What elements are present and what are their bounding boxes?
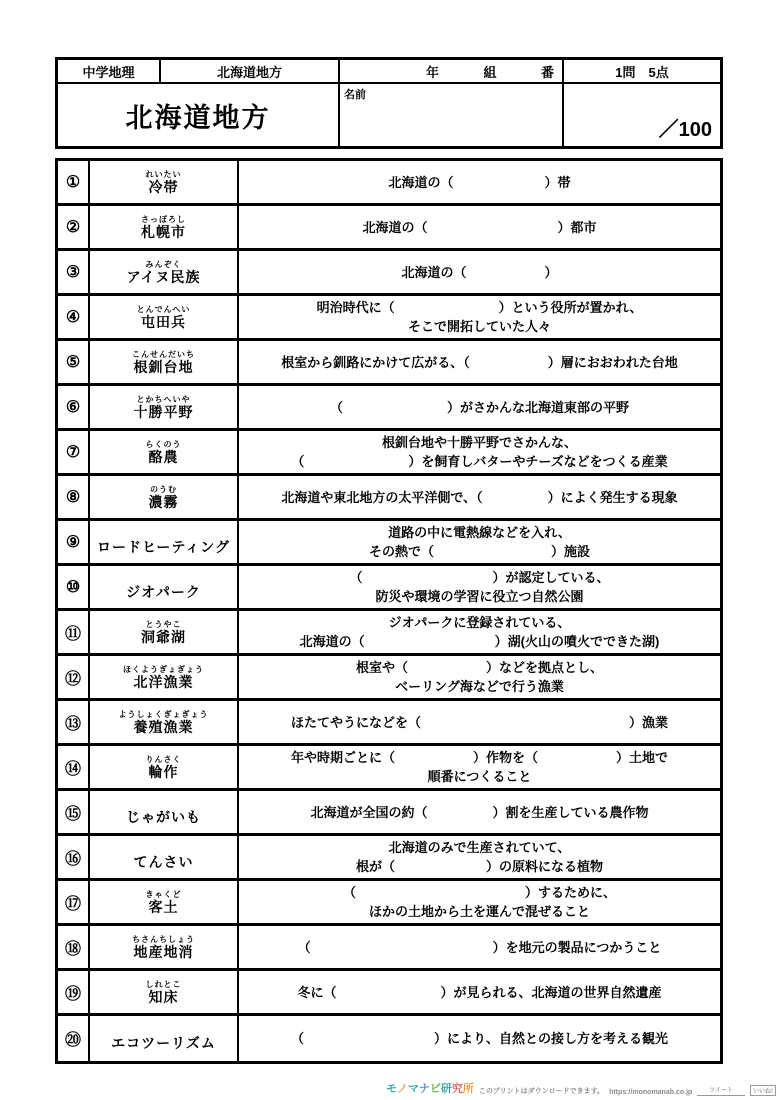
name-label: 名前 — [344, 86, 366, 102]
definition-text: （ ）を地元の製品につかうこと — [239, 926, 720, 968]
table-row: ③ みんぞく アイヌ民族 北海道の（ ） — [58, 251, 720, 296]
term-cell: ようしょくぎょぎょう 養殖漁業 — [90, 701, 239, 743]
points-cell: 1問 5点 — [564, 60, 720, 82]
definition-text: 根室や（ ）などを拠点とし、 ベーリング海などで行う漁業 — [239, 656, 720, 698]
term-cell: ジオパーク — [90, 566, 239, 608]
page-title: 北海道地方 — [126, 96, 271, 135]
definition-text: 道路の中に電熱線などを入れ、 その熱で（ ）施設 — [239, 521, 720, 563]
term-text: アイヌ民族 — [127, 269, 201, 285]
table-row: ⑥ とかちへいや 十勝平野 （ ）がさかんな北海道東部の平野 — [58, 386, 720, 431]
definition-text: （ ）するために、 ほかの土地から土を運んで混ぜること — [239, 881, 720, 923]
term-cell: とうやこ 洞爺湖 — [90, 611, 239, 653]
footer: モノマナビ研究所 このプリントはダウンロードできます。 https://mono… — [386, 1080, 766, 1096]
term-cell: ちさんちしょう 地産地消 — [90, 926, 239, 968]
term-furigana: らくのう — [146, 440, 182, 449]
header-top-row: 中学地理 北海道地方 年 組 番 1問 5点 — [58, 60, 720, 84]
term-text: ロードヒーティング — [97, 539, 230, 555]
header-table: 中学地理 北海道地方 年 組 番 1問 5点 北海道地方 名前 ／100 — [55, 57, 723, 149]
term-furigana: れいたい — [146, 170, 182, 179]
term-text: 北洋漁業 — [134, 674, 194, 690]
term-cell: しれとこ 知床 — [90, 971, 239, 1013]
term-cell: こんせんだいち 根釧台地 — [90, 341, 239, 383]
row-number: ⑯ — [58, 836, 90, 878]
term-text: ジオパーク — [126, 584, 201, 600]
row-number: ⑳ — [58, 1016, 90, 1061]
term-cell: じゃがいも — [90, 791, 239, 833]
row-number: ⑱ — [58, 926, 90, 968]
tweet-button[interactable]: ツイート — [697, 1085, 745, 1096]
term-furigana: さっぽろし — [141, 215, 186, 224]
definition-text: （ ）により、自然との接し方を考える観光 — [239, 1016, 720, 1061]
table-row: ⑰ きゃくど 客土 （ ）するために、 ほかの土地から土を運んで混ぜること — [58, 881, 720, 926]
term-furigana: みんぞく — [146, 260, 182, 269]
definition-text: 北海道の（ ） — [239, 251, 720, 293]
row-number: ① — [58, 161, 90, 203]
term-cell: ロードヒーティング — [90, 521, 239, 563]
row-number: ⑥ — [58, 386, 90, 428]
row-number: ⑭ — [58, 746, 90, 788]
year-label: 年 — [426, 62, 439, 81]
term-text: 養殖漁業 — [134, 719, 194, 735]
table-row: ⑧ のうむ 濃霧 北海道や東北地方の太平洋側で、（ ）によく発生する現象 — [58, 476, 720, 521]
definition-text: 北海道のみで生産されていて、 根が（ ）の原料になる植物 — [239, 836, 720, 878]
row-number: ⑤ — [58, 341, 90, 383]
table-row: ② さっぽろし 札幌市 北海道の（ ）都市 — [58, 206, 720, 251]
term-cell: エコツーリズム — [90, 1016, 239, 1061]
footer-url[interactable]: https://monomanab.co.jp — [609, 1089, 692, 1096]
term-cell: てんさい — [90, 836, 239, 878]
table-row: ④ とんでんへい 屯田兵 明治時代に（ ）という役所が置かれ、 そこで開拓してい… — [58, 296, 720, 341]
row-number: ③ — [58, 251, 90, 293]
term-text: 客土 — [149, 899, 179, 915]
row-number: ② — [58, 206, 90, 248]
term-cell: とかちへいや 十勝平野 — [90, 386, 239, 428]
term-cell: ほくようぎょぎょう 北洋漁業 — [90, 656, 239, 698]
definition-text: 明治時代に（ ）という役所が置かれ、 そこで開拓していた人々 — [239, 296, 720, 338]
table-row: ⑨ ロードヒーティング 道路の中に電熱線などを入れ、 その熱で（ ）施設 — [58, 521, 720, 566]
definition-text: 北海道の（ ）帯 — [239, 161, 720, 203]
number-label: 番 — [541, 62, 554, 81]
table-row: ⑩ ジオパーク （ ）が認定している、 防災や環境の学習に役立つ自然公園 — [58, 566, 720, 611]
header-bottom-row: 北海道地方 名前 ／100 — [58, 84, 720, 146]
term-cell: のうむ 濃霧 — [90, 476, 239, 518]
table-row: ⑮ じゃがいも 北海道が全国の約（ ）割を生産している農作物 — [58, 791, 720, 836]
row-number: ⑲ — [58, 971, 90, 1013]
worksheet-page: 中学地理 北海道地方 年 組 番 1問 5点 北海道地方 名前 ／100 ① れ… — [0, 0, 778, 1100]
term-text: 輪作 — [149, 764, 179, 780]
publisher-logo: モノマナビ研究所 — [386, 1080, 474, 1096]
term-furigana: きゃくど — [146, 890, 182, 899]
term-text: 根釧台地 — [134, 359, 194, 375]
term-furigana: りんさく — [146, 755, 182, 764]
subject-label: 中学地理 — [82, 62, 134, 81]
definition-text: 根釧台地や十勝平野でさかんな、 （ ）を飼育しバターやチーズなどをつくる産業 — [239, 431, 720, 473]
term-furigana: ちさんちしょう — [132, 935, 195, 944]
class-label: 組 — [483, 62, 496, 81]
term-furigana: ようしょくぎょぎょう — [119, 710, 209, 719]
term-text: 屯田兵 — [141, 314, 186, 330]
definition-text: 年や時期ごとに（ ）作物を（ ）土地で 順番につくること — [239, 746, 720, 788]
term-cell: りんさく 輪作 — [90, 746, 239, 788]
term-text: 酪農 — [149, 449, 179, 465]
term-text: エコツーリズム — [111, 1035, 216, 1051]
question-table: ① れいたい 冷帯 北海道の（ ）帯 ② さっぽろし 札幌市 北海道の（ ）都市… — [55, 158, 723, 1064]
definition-text: （ ）が認定している、 防災や環境の学習に役立つ自然公園 — [239, 566, 720, 608]
term-cell: きゃくど 客土 — [90, 881, 239, 923]
table-row: ⑳ エコツーリズム （ ）により、自然との接し方を考える観光 — [58, 1016, 720, 1061]
term-text: 洞爺湖 — [141, 629, 186, 645]
like-button[interactable]: いいね! — [750, 1085, 776, 1096]
term-furigana: こんせんだいち — [132, 350, 195, 359]
footer-note: このプリントはダウンロードできます。 — [479, 1086, 604, 1096]
row-number: ⑬ — [58, 701, 90, 743]
table-row: ⑫ ほくようぎょぎょう 北洋漁業 根室や（ ）などを拠点とし、 ベーリング海など… — [58, 656, 720, 701]
table-row: ⑱ ちさんちしょう 地産地消 （ ）を地元の製品につかうこと — [58, 926, 720, 971]
score-cell: ／100 — [564, 84, 720, 146]
term-text: 冷帯 — [149, 179, 179, 195]
table-row: ⑪ とうやこ 洞爺湖 ジオパークに登録されている、 北海道の（ ）湖(火山の噴火… — [58, 611, 720, 656]
term-cell: さっぽろし 札幌市 — [90, 206, 239, 248]
term-cell: らくのう 酪農 — [90, 431, 239, 473]
score-denominator: ／100 — [659, 113, 712, 142]
table-row: ⑦ らくのう 酪農 根釧台地や十勝平野でさかんな、 （ ）を飼育しバターやチーズ… — [58, 431, 720, 476]
table-row: ⑤ こんせんだいち 根釧台地 根室から釧路にかけて広がる、（ ）層におおわれた台… — [58, 341, 720, 386]
table-row: ⑬ ようしょくぎょぎょう 養殖漁業 ほたてやうになどを（ ）漁業 — [58, 701, 720, 746]
row-number: ⑫ — [58, 656, 90, 698]
points-label: 1問 5点 — [615, 62, 668, 81]
unit-cell: 北海道地方 — [161, 60, 340, 82]
term-text: 知床 — [149, 989, 179, 1005]
row-number: ⑦ — [58, 431, 90, 473]
definition-text: （ ）がさかんな北海道東部の平野 — [239, 386, 720, 428]
term-cell: れいたい 冷帯 — [90, 161, 239, 203]
table-row: ⑲ しれとこ 知床 冬に（ ）が見られる、北海道の世界自然遺産 — [58, 971, 720, 1016]
definition-text: ほたてやうになどを（ ）漁業 — [239, 701, 720, 743]
term-cell: とんでんへい 屯田兵 — [90, 296, 239, 338]
definition-text: 北海道の（ ）都市 — [239, 206, 720, 248]
subject-cell: 中学地理 — [58, 60, 161, 82]
term-text: 濃霧 — [149, 494, 179, 510]
row-number: ⑧ — [58, 476, 90, 518]
definition-text: ジオパークに登録されている、 北海道の（ ）湖(火山の噴火でできた湖) — [239, 611, 720, 653]
row-number: ⑮ — [58, 791, 90, 833]
term-text: 札幌市 — [141, 224, 186, 240]
row-number: ⑩ — [58, 566, 90, 608]
term-furigana: のうむ — [150, 485, 177, 494]
term-furigana: とうやこ — [146, 620, 182, 629]
term-text: じゃがいも — [126, 809, 201, 825]
term-text: 十勝平野 — [134, 404, 194, 420]
term-furigana: とんでんへい — [137, 305, 191, 314]
definition-text: 北海道や東北地方の太平洋側で、（ ）によく発生する現象 — [239, 476, 720, 518]
table-row: ① れいたい 冷帯 北海道の（ ）帯 — [58, 161, 720, 206]
row-number: ⑪ — [58, 611, 90, 653]
term-furigana: ほくようぎょぎょう — [123, 665, 204, 674]
term-text: てんさい — [134, 854, 194, 870]
term-furigana: しれとこ — [146, 980, 182, 989]
definition-text: 北海道が全国の約（ ）割を生産している農作物 — [239, 791, 720, 833]
definition-text: 冬に（ ）が見られる、北海道の世界自然遺産 — [239, 971, 720, 1013]
table-row: ⑯ てんさい 北海道のみで生産されていて、 根が（ ）の原料になる植物 — [58, 836, 720, 881]
table-row: ⑭ りんさく 輪作 年や時期ごとに（ ）作物を（ ）土地で 順番につくること — [58, 746, 720, 791]
term-text: 地産地消 — [134, 944, 194, 960]
unit-label: 北海道地方 — [217, 62, 282, 81]
row-number: ⑰ — [58, 881, 90, 923]
name-cell: 名前 — [340, 84, 564, 146]
term-furigana: とかちへいや — [137, 395, 191, 404]
title-cell: 北海道地方 — [58, 84, 340, 146]
definition-text: 根室から釧路にかけて広がる、（ ）層におおわれた台地 — [239, 341, 720, 383]
row-number: ⑨ — [58, 521, 90, 563]
term-cell: みんぞく アイヌ民族 — [90, 251, 239, 293]
row-number: ④ — [58, 296, 90, 338]
year-class-number-cell: 年 組 番 — [340, 60, 564, 82]
